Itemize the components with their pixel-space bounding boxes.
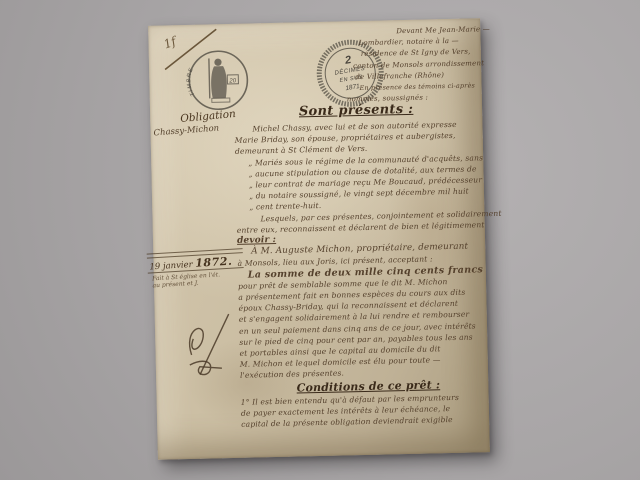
margin-parties: Chassy-Michon xyxy=(153,124,219,139)
timbre-arc-label: TIMBRE xyxy=(186,66,197,97)
paraph-stroke xyxy=(189,328,203,355)
body-paragraph: La somme de deux mille cinq cents francs… xyxy=(238,264,496,382)
sont-presents-heading: Sont présents : xyxy=(296,102,416,120)
tax-value: 2 xyxy=(343,54,352,67)
fee-amount: 1f xyxy=(162,33,180,51)
opening-clause: Devant Me Jean-Marie —Lombardier, notair… xyxy=(352,24,486,105)
paraph-diagonal xyxy=(199,314,230,375)
date-year: 1872. xyxy=(195,254,233,269)
photograph-background: 1f TIMBRE 20 2 DÉCIMES EN SUS 1871 xyxy=(0,0,640,480)
figure-staff xyxy=(209,58,210,98)
denomination-value: 20 xyxy=(228,78,236,84)
figure-head xyxy=(214,59,221,66)
stamp-base xyxy=(212,98,230,102)
timbre-figure-stamp: TIMBRE 20 xyxy=(185,48,252,113)
body-text: Michel Chassy, avec lui et de son autori… xyxy=(234,118,497,430)
margin-date-block: 19 janvier 1872. Fait à St église en l'é… xyxy=(147,248,245,290)
figure-body xyxy=(211,66,227,98)
body-paragraph: „ Mariés sous le régime de la communauté… xyxy=(235,152,492,214)
manuscript-page: 1f TIMBRE 20 2 DÉCIMES EN SUS 1871 xyxy=(148,18,490,459)
body-paragraph: 1° Il est bien entendu qu'à défaut par l… xyxy=(241,391,498,430)
